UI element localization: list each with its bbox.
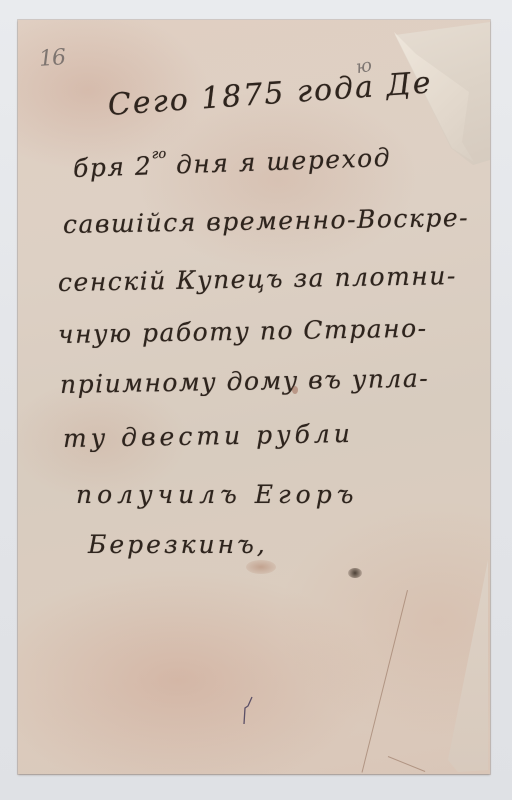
handwritten-line-2: бря 2го дня я шереход [72,139,391,183]
margin-number-left: 16 [38,45,66,72]
handwritten-line-1: Сего 1875 года Де [107,65,434,123]
handwritten-line-6: пріимному дому въ упла- [60,364,430,399]
handwritten-line-5: чную работу по Страно- [58,314,428,349]
folded-edge-bottom-right [388,560,489,774]
line-2-end: дня я шереход [166,143,391,180]
ink-blot [348,568,362,578]
line-2-start: бря 2 [73,151,153,183]
document-paper: 16 ю Сего 1875 года Де бря 2го дня я шер… [18,20,490,774]
handwritten-line-4: сенскій Купецъ за плотни- [58,261,457,297]
handwritten-line-3: савшійся временно-Воскре- [63,203,470,239]
foxing-stain [246,560,276,574]
line-2-superscript: го [152,147,167,162]
handwritten-line-8: получилъ Егоръ [76,480,358,509]
handwritten-line-7: ту двести рубли [63,419,354,453]
foxing-spot [292,386,298,394]
pen-mark [242,696,254,726]
handwritten-signature-line: Березкинъ, [88,530,268,559]
